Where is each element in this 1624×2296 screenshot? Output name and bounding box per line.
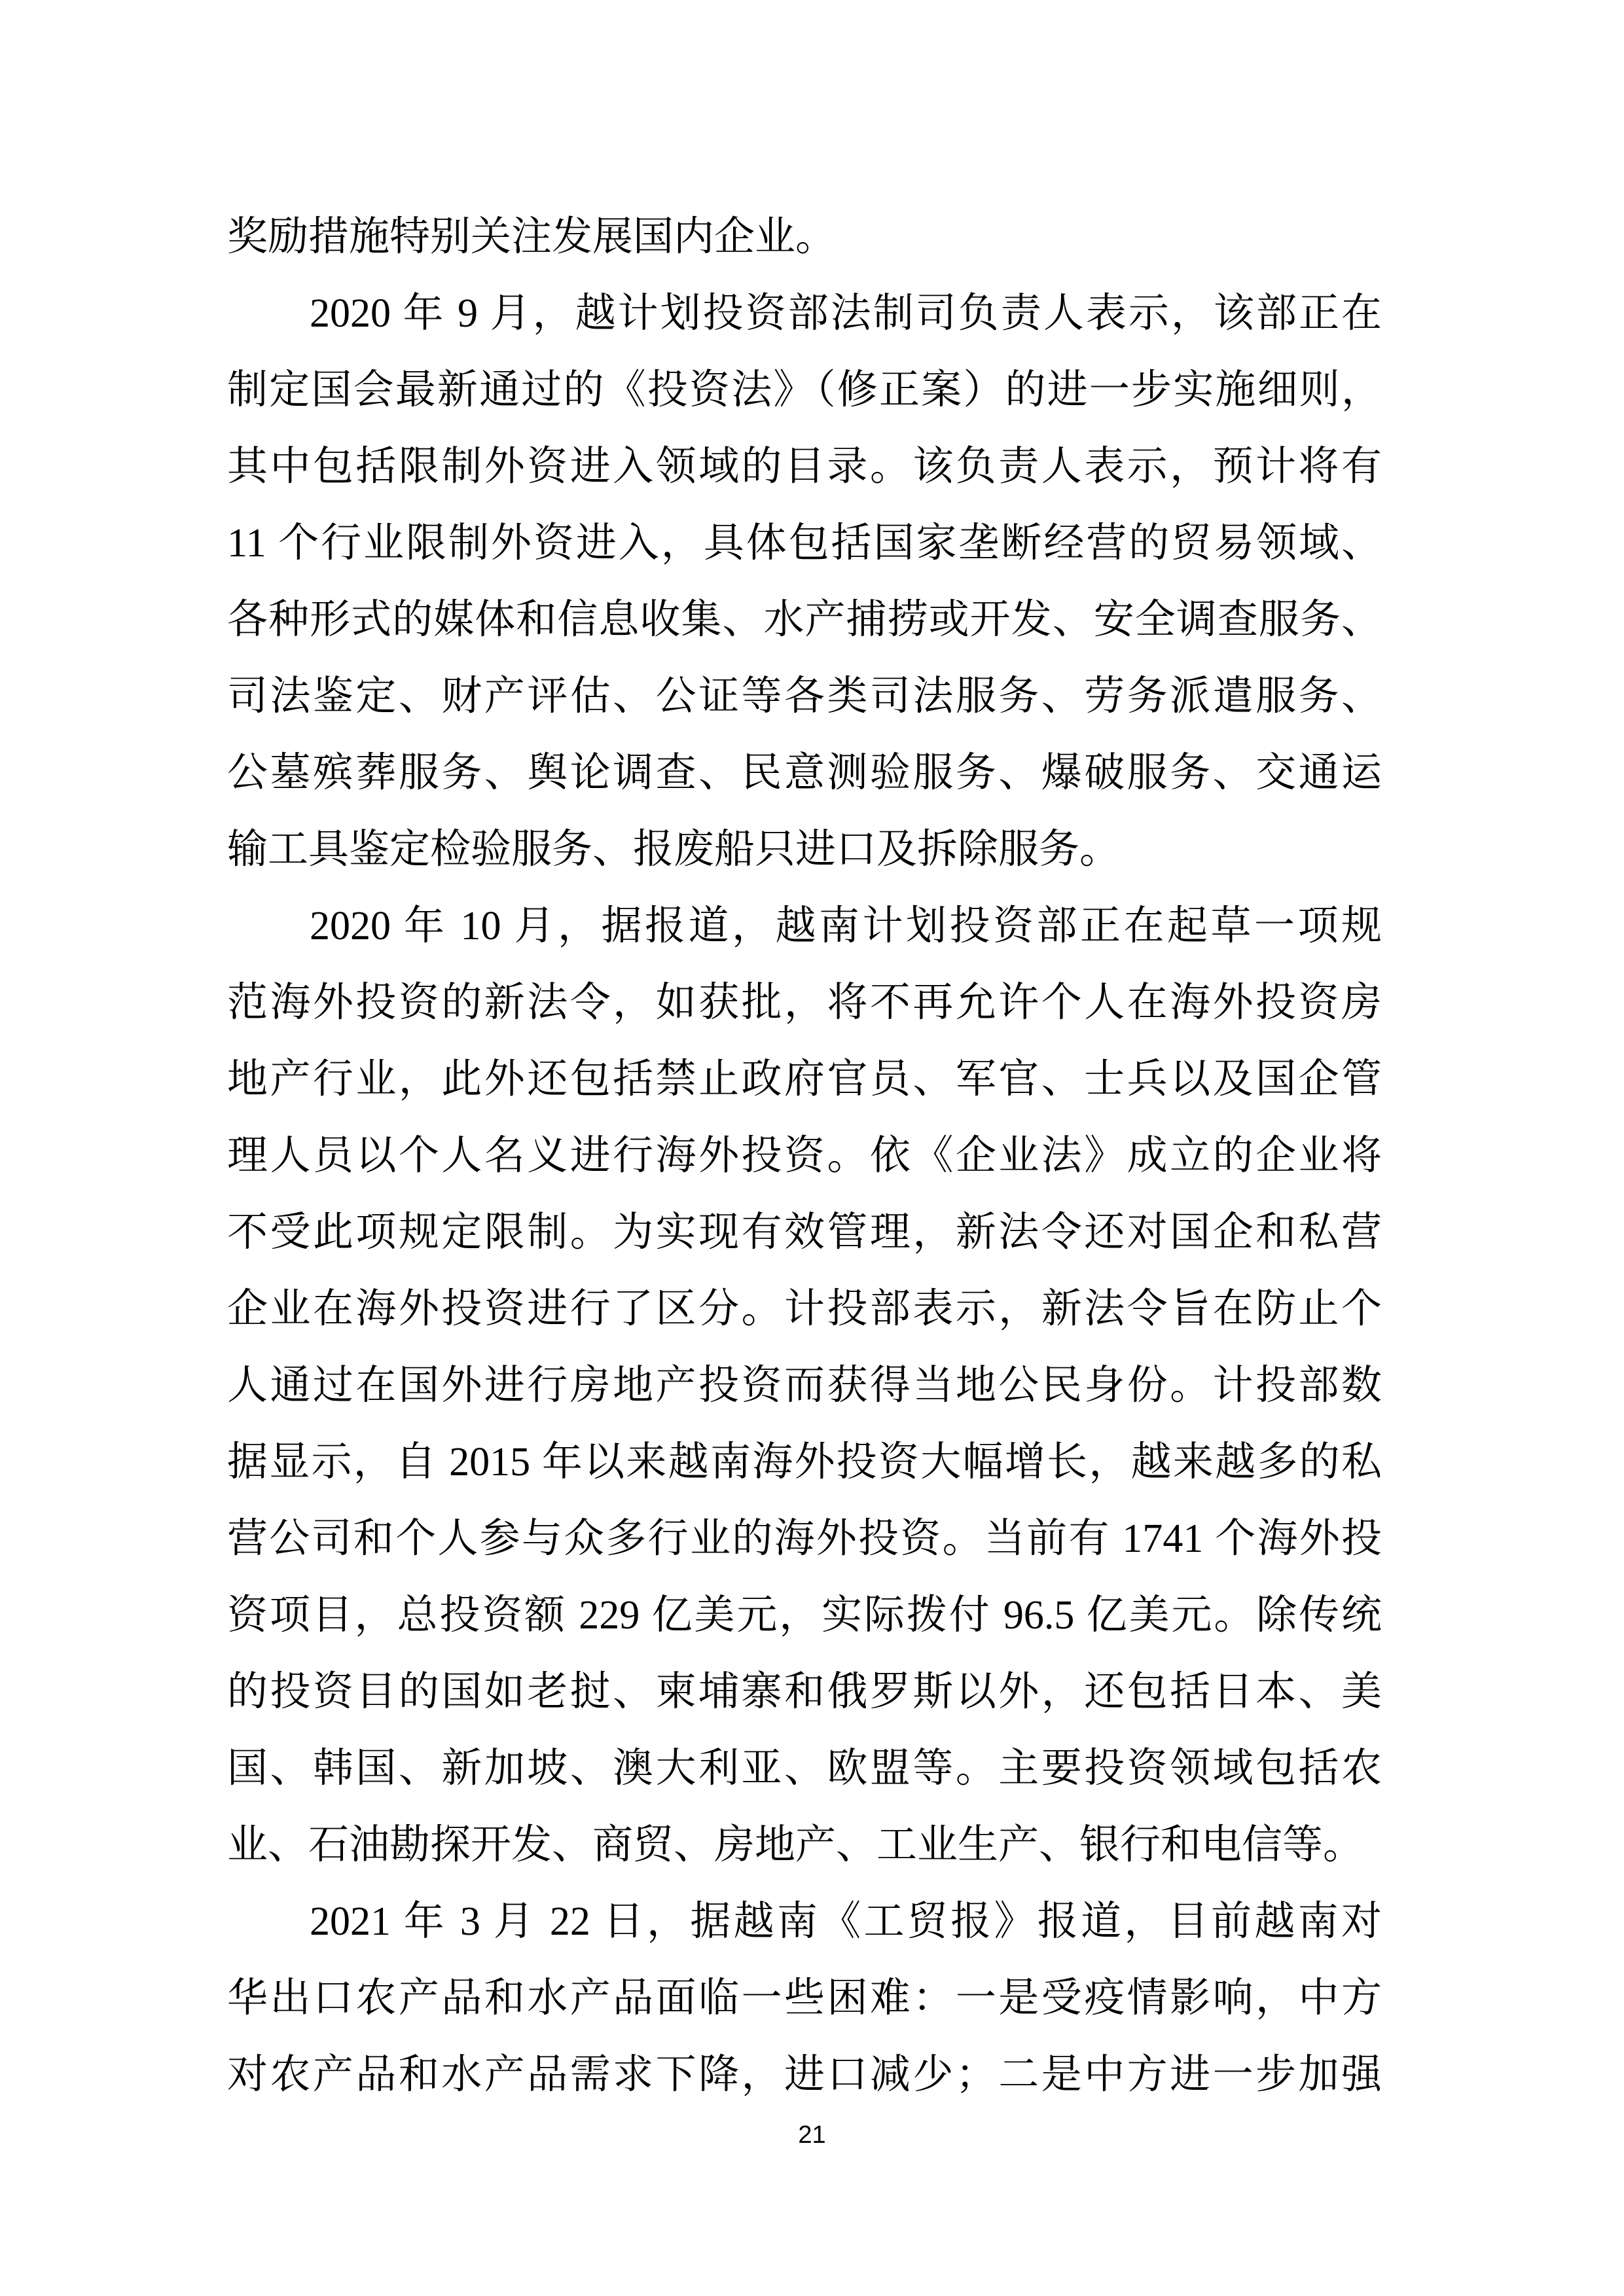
text-line: 营公司和个人参与众多行业的海外投资。当前有 1741 个海外投: [227, 1501, 1382, 1577]
text-line: 不受此项规定限制。为实现有效管理，新法令还对国企和私营: [227, 1194, 1382, 1271]
text-line: 公墓殡葬服务、舆论调查、民意测验服务、爆破服务、交通运: [227, 735, 1382, 812]
text-line: 奖励措施特别关注发展国内企业。: [227, 199, 1382, 276]
text-block: 奖励措施特别关注发展国内企业。 2020 年 9 月，越计划投资部法制司负责人表…: [227, 199, 1382, 2113]
text-line: 资项目，总投资额 229 亿美元，实际拨付 96.5 亿美元。除传统: [227, 1577, 1382, 1654]
text-line: 理人员以个人名义进行海外投资。依《企业法》成立的企业将: [227, 1118, 1382, 1194]
text-line: 范海外投资的新法令，如获批，将不再允许个人在海外投资房: [227, 965, 1382, 1041]
text-line: 对农产品和水产品需求下降，进口减少；二是中方进一步加强: [227, 2037, 1382, 2113]
text-line: 华出口农产品和水产品面临一些困难：一是受疫情影响，中方: [227, 1960, 1382, 2037]
text-line: 司法鉴定、财产评估、公证等各类司法服务、劳务派遣服务、: [227, 658, 1382, 735]
text-line: 11 个行业限制外资进入，具体包括国家垄断经营的贸易领域、: [227, 505, 1382, 582]
page-number: 21: [0, 2121, 1624, 2149]
text-line: 制定国会最新通过的《投资法》（修正案）的进一步实施细则，: [227, 352, 1382, 429]
text-line: 各种形式的媒体和信息收集、水产捕捞或开发、安全调查服务、: [227, 582, 1382, 658]
text-line: 其中包括限制外资进入领域的目录。该负责人表示，预计将有: [227, 429, 1382, 505]
text-line: 地产行业，此外还包括禁止政府官员、军官、士兵以及国企管: [227, 1041, 1382, 1118]
text-line: 国、韩国、新加坡、澳大利亚、欧盟等。主要投资领域包括农: [227, 1731, 1382, 1807]
text-line: 2020 年 10 月，据报道，越南计划投资部正在起草一项规: [227, 888, 1382, 965]
text-line: 企业在海外投资进行了区分。计投部表示，新法令旨在防止个: [227, 1271, 1382, 1348]
text-line: 的投资目的国如老挝、柬埔寨和俄罗斯以外，还包括日本、美: [227, 1654, 1382, 1731]
text-line: 输工具鉴定检验服务、报废船只进口及拆除服务。: [227, 812, 1382, 888]
text-line: 据显示，自 2015 年以来越南海外投资大幅增长，越来越多的私: [227, 1424, 1382, 1501]
document-page: 奖励措施特别关注发展国内企业。 2020 年 9 月，越计划投资部法制司负责人表…: [0, 0, 1624, 2296]
text-line: 2021 年 3 月 22 日，据越南《工贸报》报道，目前越南对: [227, 1884, 1382, 1960]
text-line: 业、石油勘探开发、商贸、房地产、工业生产、银行和电信等。: [227, 1807, 1382, 1884]
text-line: 2020 年 9 月，越计划投资部法制司负责人表示，该部正在: [227, 276, 1382, 352]
text-line: 人通过在国外进行房地产投资而获得当地公民身份。计投部数: [227, 1348, 1382, 1424]
